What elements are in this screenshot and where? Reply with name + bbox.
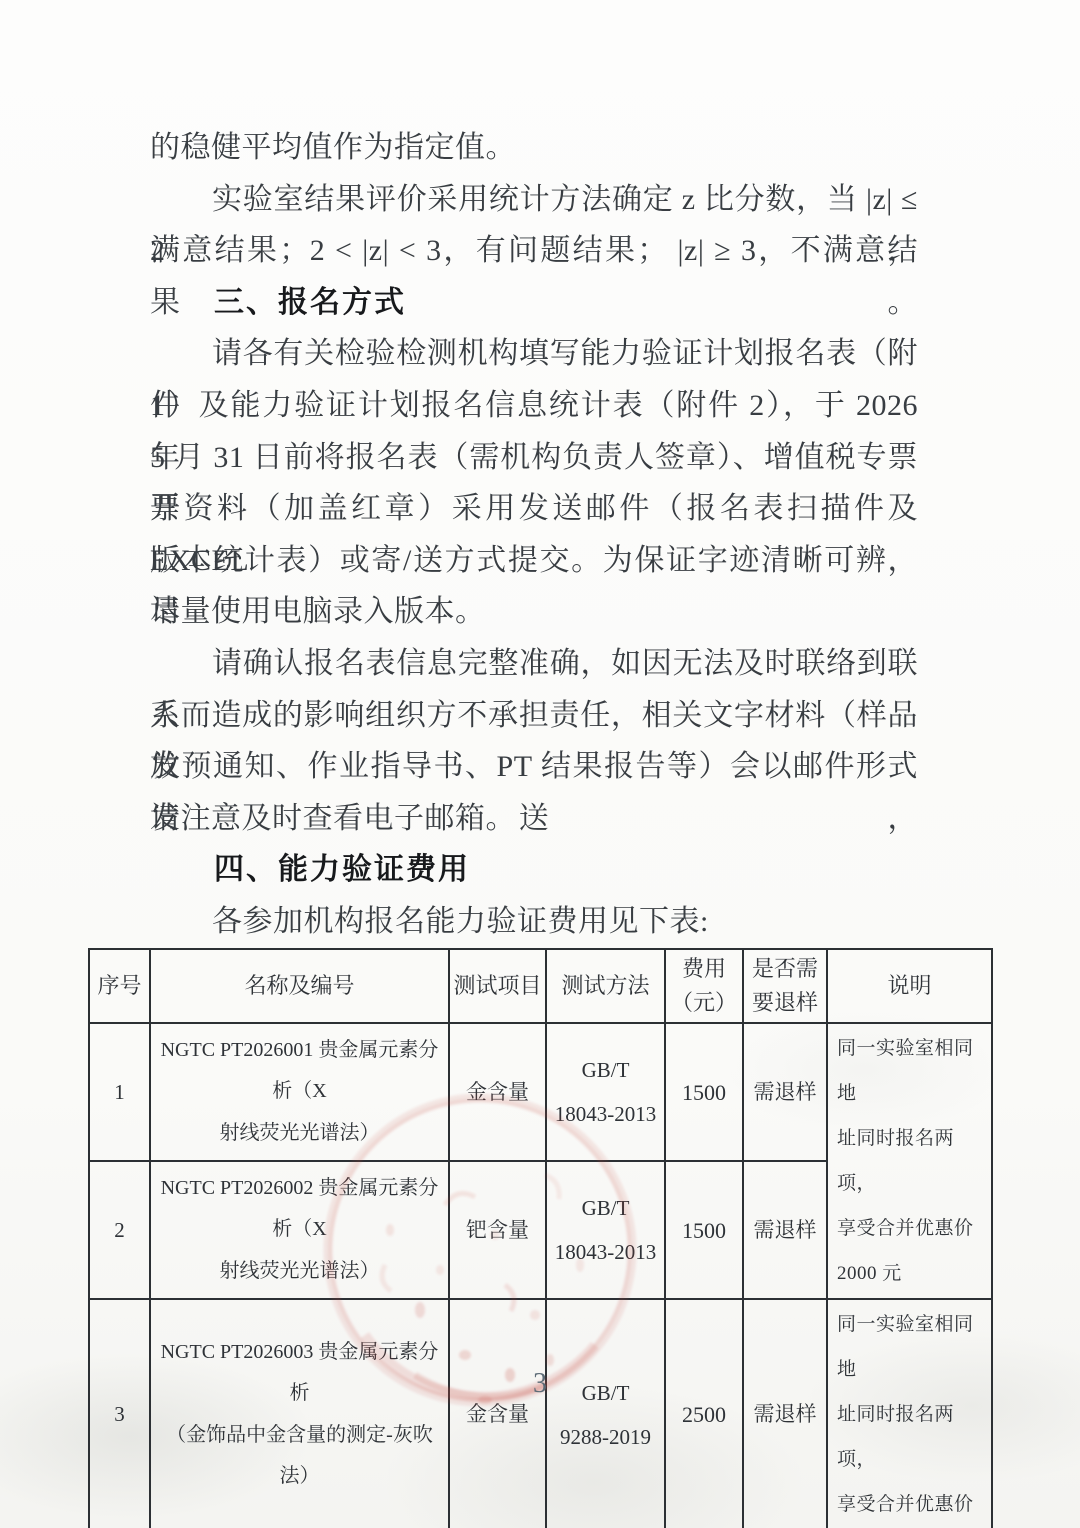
text-line: 人而造成的影响组织方不承担责任，相关文字材料（样品发 [150, 690, 918, 742]
cell-method: GB/T 18043-2013 [546, 1161, 665, 1299]
table-header-row: 序号 名称及编号 测试项目 测试方法 费用 （元） 是否需 要退样 说明 [89, 949, 992, 1023]
cell-refund: 需退样 [743, 1161, 827, 1299]
text-line: 票资料（加盖红章）采用发送邮件（报名表扫描件及 EXCEL [150, 483, 918, 535]
header-no: 序号 [89, 949, 150, 1023]
text-line: 的稳健平均值作为指定值。 [150, 122, 918, 174]
header-refund: 是否需 要退样 [743, 949, 827, 1023]
cell-refund: 需退样 [743, 1023, 827, 1161]
cell-refund: 需退样 [743, 1299, 827, 1528]
header-fee: 费用 （元） [665, 949, 743, 1023]
cell-note: 同一实验室相同地 址同时报名两项， 享受合并优惠价 [827, 1299, 992, 1528]
cell-name: NGTC PT2026003 贵金属元素分析 （金饰品中金含量的测定-灰吹法） [150, 1299, 449, 1528]
header-name: 名称及编号 [150, 949, 449, 1023]
fee-table: 序号 名称及编号 测试项目 测试方法 费用 （元） 是否需 要退样 说明 1 N… [88, 948, 993, 1528]
cell-item: 金含量 [449, 1023, 546, 1161]
text-line: 版本统计表）或寄/送方式提交。为保证字迹清晰可辨，请 [150, 535, 918, 587]
text-line: 满意结果；2 < |z| < 3，有问题结果； |z| ≥ 3，不满意结果。 [150, 225, 918, 277]
cell-item: 钯含量 [449, 1161, 546, 1299]
text-line: 5 月 31 日前将报名表（需机构负责人签章）、增值税专票开 [150, 432, 918, 484]
text-line: 请各有关检验检测机构填写能力验证计划报名表（附件 [150, 328, 918, 380]
cell-no: 2 [89, 1161, 150, 1299]
scanned-document-page: 的稳健平均值作为指定值。 实验室结果评价采用统计方法确定 z 比分数，当 |z|… [0, 0, 1080, 1528]
cell-item: 金含量 [449, 1299, 546, 1528]
header-method: 测试方法 [546, 949, 665, 1023]
text-line: 实验室结果评价采用统计方法确定 z 比分数，当 |z| ≤ 2， [150, 174, 918, 226]
cell-no: 3 [89, 1299, 150, 1528]
cell-name: NGTC PT2026002 贵金属元素分析（X 射线荧光光谱法） [150, 1161, 449, 1299]
cell-fee: 2500 [665, 1299, 743, 1528]
text-line: 各参加机构报名能力验证费用见下表: [150, 896, 918, 948]
header-item: 测试项目 [449, 949, 546, 1023]
header-note: 说明 [827, 949, 992, 1023]
table-row: 3 NGTC PT2026003 贵金属元素分析 （金饰品中金含量的测定-灰吹法… [89, 1299, 992, 1528]
cell-fee: 1500 [665, 1023, 743, 1161]
text-line: 1）及能力验证计划报名信息统计表（附件 2），于 2026 年 [150, 380, 918, 432]
document-body: 的稳健平均值作为指定值。 实验室结果评价采用统计方法确定 z 比分数，当 |z|… [150, 122, 918, 948]
cell-no: 1 [89, 1023, 150, 1161]
cell-method: GB/T 18043-2013 [546, 1023, 665, 1161]
table-row: 1 NGTC PT2026001 贵金属元素分析（X 射线荧光光谱法） 金含量 … [89, 1023, 992, 1161]
text-line: 放预通知、作业指导书、PT 结果报告等）会以邮件形式发送， [150, 741, 918, 793]
page-number: 3 [0, 1368, 1080, 1400]
cell-fee: 1500 [665, 1161, 743, 1299]
cell-method: GB/T 9288-2019 [546, 1299, 665, 1528]
text-line: 尽量使用电脑录入版本。 [150, 586, 918, 638]
text-line: 请确认报名表信息完整准确，如因无法及时联络到联系 [150, 638, 918, 690]
section-heading-4: 四、能力验证费用 [150, 844, 918, 896]
cell-note-merged: 同一实验室相同地 址同时报名两项， 享受合并优惠价 2000 元 [827, 1023, 992, 1299]
cell-name: NGTC PT2026001 贵金属元素分析（X 射线荧光光谱法） [150, 1023, 449, 1161]
